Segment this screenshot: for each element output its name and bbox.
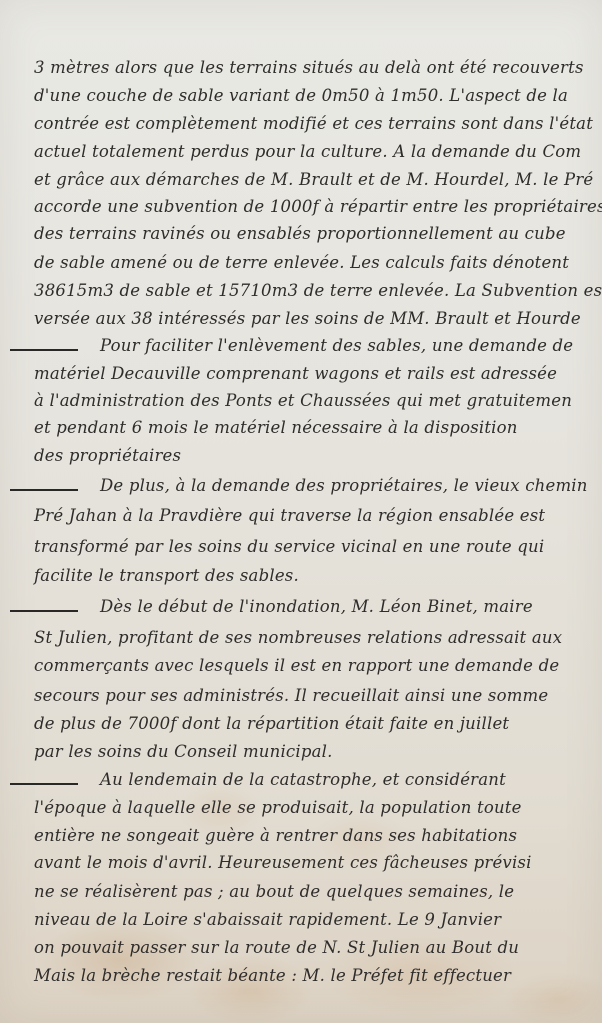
handwritten-line: 3 mètres alors que les terrains situés a… <box>34 58 584 77</box>
handwritten-line: transformé par les soins du service vici… <box>34 537 544 556</box>
handwritten-line: commerçants avec lesquels il est en rapp… <box>34 656 559 675</box>
handwritten-line: par les soins du Conseil municipal. <box>34 742 333 761</box>
paragraph-dash <box>10 610 78 612</box>
handwritten-line: et pendant 6 mois le matériel nécessaire… <box>34 418 518 437</box>
handwritten-line: de plus de 7000f dont la répartition éta… <box>34 714 509 733</box>
handwritten-line: on pouvait passer sur la route de N. St … <box>34 938 519 957</box>
handwritten-line: Au lendemain de la catastrophe, et consi… <box>100 770 506 789</box>
handwritten-line: entière ne songeait guère à rentrer dans… <box>34 826 517 845</box>
handwritten-line: avant le mois d'avril. Heureusement ces … <box>34 853 532 872</box>
handwritten-line: actuel totalement perdus pour la culture… <box>34 142 581 161</box>
handwritten-line: Mais la brèche restait béante : M. le Pr… <box>34 966 511 985</box>
handwritten-line: ne se réalisèrent pas ; au bout de quelq… <box>34 882 514 901</box>
handwritten-line: des terrains ravinés ou ensablés proport… <box>34 224 566 243</box>
handwritten-line: St Julien, profitant de ses nombreuses r… <box>34 628 562 647</box>
handwritten-line: versée aux 38 intéressés par les soins d… <box>34 309 581 328</box>
handwritten-line: l'époque à laquelle elle se produisait, … <box>34 798 522 817</box>
handwritten-line: Pour faciliter l'enlèvement des sables, … <box>100 336 573 355</box>
handwritten-line: contrée est complètement modifié et ces … <box>34 114 593 133</box>
paragraph-dash <box>10 783 78 785</box>
handwritten-line: de sable amené ou de terre enlevée. Les … <box>34 253 569 272</box>
handwritten-line: 38615m3 de sable et 15710m3 de terre enl… <box>34 281 602 300</box>
handwritten-page: 3 mètres alors que les terrains situés a… <box>0 0 602 1023</box>
handwritten-line: facilite le transport des sables. <box>34 566 299 585</box>
handwritten-line: De plus, à la demande des propriétaires,… <box>100 476 588 495</box>
handwritten-line: des propriétaires <box>34 446 181 465</box>
handwritten-line: Dès le début de l'inondation, M. Léon Bi… <box>100 597 533 616</box>
handwritten-line: et grâce aux démarches de M. Brault et d… <box>34 170 593 189</box>
handwritten-line: à l'administration des Ponts et Chaussée… <box>34 391 572 410</box>
paragraph-dash <box>10 349 78 351</box>
handwritten-line: accorde une subvention de 1000f à répart… <box>34 197 602 216</box>
paragraph-dash <box>10 489 78 491</box>
handwritten-line: d'une couche de sable variant de 0m50 à … <box>34 86 568 105</box>
handwritten-line: matériel Decauville comprenant wagons et… <box>34 364 557 383</box>
handwritten-line: secours pour ses administrés. Il recueil… <box>34 686 548 705</box>
handwritten-line: niveau de la Loire s'abaissait rapidemen… <box>34 910 501 929</box>
handwritten-line: Pré Jahan à la Pravdière qui traverse la… <box>34 506 545 525</box>
